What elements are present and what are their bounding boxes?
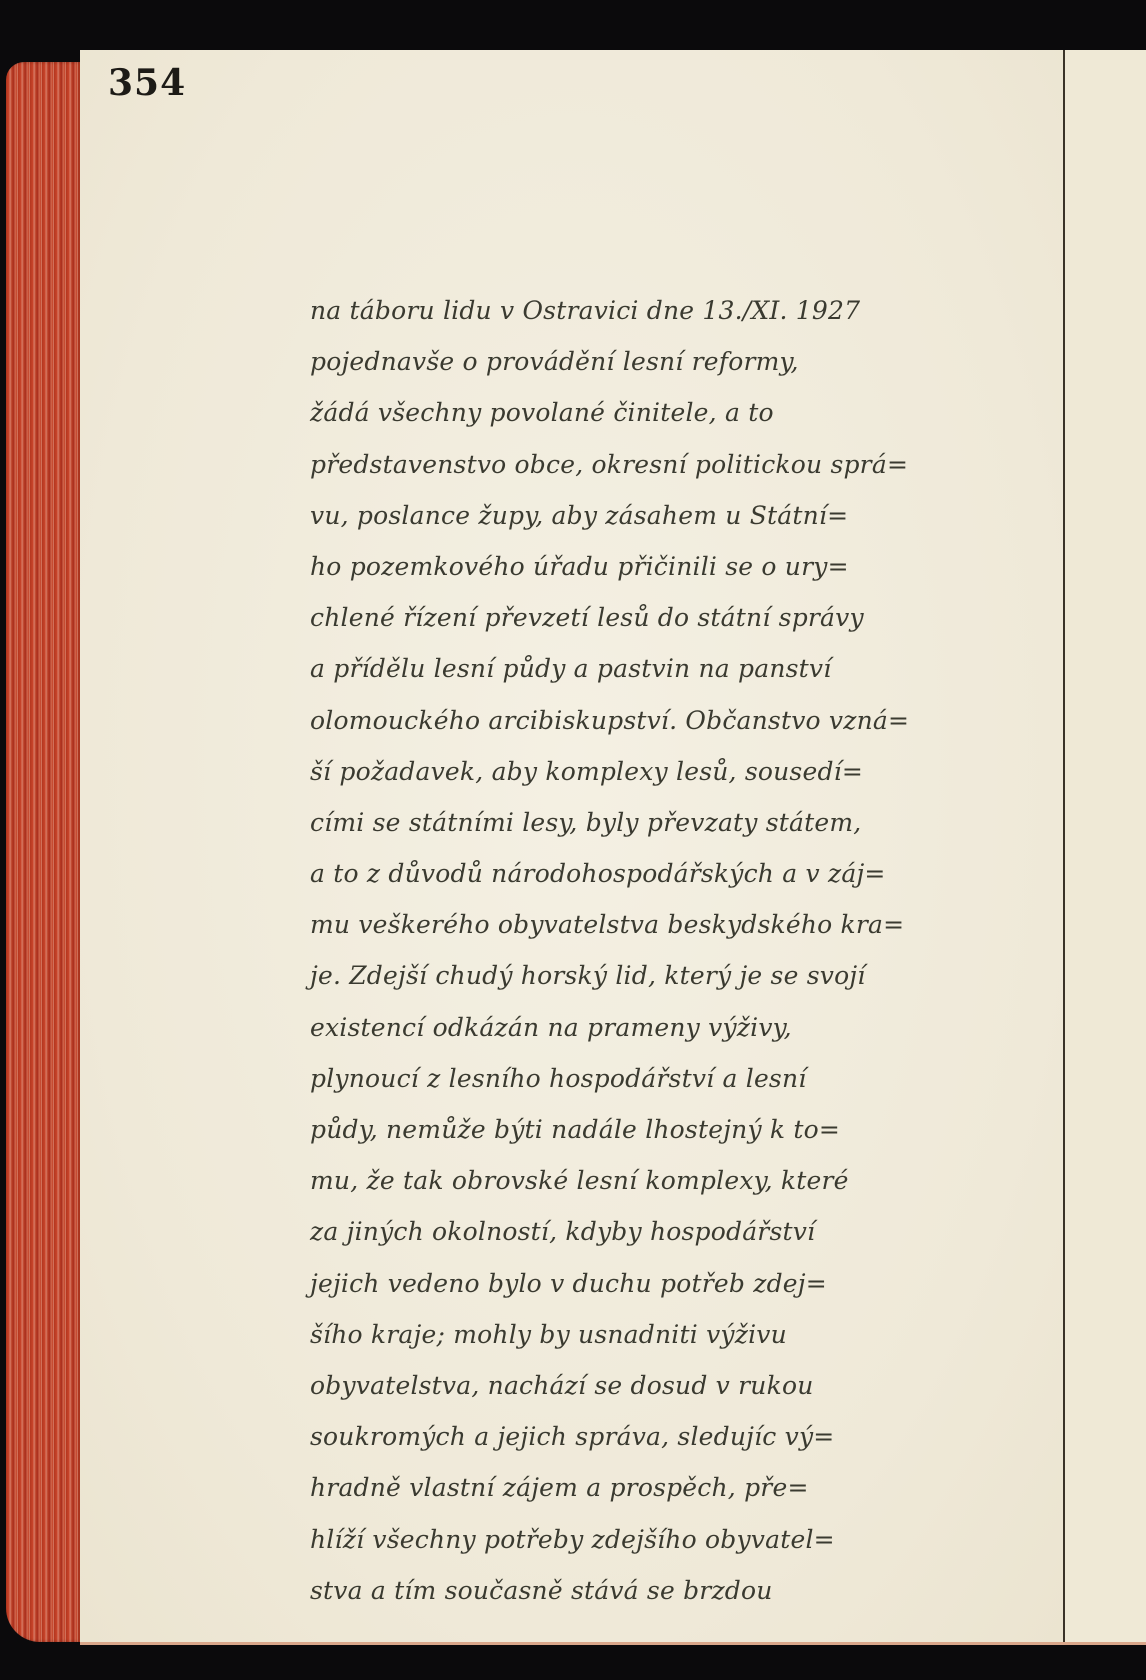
text-line: za jiných okolností, kdyby hospodářství [310,1206,990,1257]
text-line: hradně vlastní zájem a prospěch, pře= [310,1462,990,1513]
text-line: na táboru lidu v Ostravici dne 13./XI. 1… [310,285,990,336]
text-line: existencí odkázán na prameny výživy, [310,1002,990,1053]
text-line: stva a tím současně stává se brzdou [310,1565,990,1616]
text-line: ho pozemkového úřadu přičinili se o ury= [310,541,990,592]
text-line: soukromých a jejich správa, sledujíc vý= [310,1411,990,1462]
text-line: a to z důvodů národohospodářských a v zá… [310,848,990,899]
page-edges-red [6,62,82,1642]
text-line: olomouckého arcibiskupství. Občanstvo vz… [310,695,990,746]
open-book: 354 na táboru lidu v Ostravici dne 13./X… [0,0,1146,1680]
page-number: 354 [108,62,186,104]
text-line: půdy, nemůže býti nadále lhostejný k to= [310,1104,990,1155]
text-line: pojednavše o provádění lesní reformy, [310,336,990,387]
text-line: mu veškerého obyvatelstva beskydského kr… [310,899,990,950]
text-line: žádá všechny povolané činitele, a to [310,387,990,438]
text-line: cími se státními lesy, byly převzaty stá… [310,797,990,848]
text-line: vu, poslance župy, aby zásahem u Státní= [310,490,990,541]
text-line: jejich vedeno bylo v duchu potřeb zdej= [310,1258,990,1309]
right-page-edge [1065,50,1146,1645]
text-line: je. Zdejší chudý horský lid, který je se… [310,950,990,1001]
text-line: šího kraje; mohly by usnadniti výživu [310,1309,990,1360]
text-line: představenstvo obce, okresní politickou … [310,439,990,490]
text-line: chlené řízení převzetí lesů do státní sp… [310,592,990,643]
handwritten-text: na táboru lidu v Ostravici dne 13./XI. 1… [310,285,990,1616]
text-line: hlíží všechny potřeby zdejšího obyvatel= [310,1514,990,1565]
text-line: plynoucí z lesního hospodářství a lesní [310,1053,990,1104]
text-line: a přídělu lesní půdy a pastvin na panstv… [310,643,990,694]
text-line: obyvatelstva, nachází se dosud v rukou [310,1360,990,1411]
text-line: mu, že tak obrovské lesní komplexy, kter… [310,1155,990,1206]
text-line: ší požadavek, aby komplexy lesů, sousedí… [310,746,990,797]
